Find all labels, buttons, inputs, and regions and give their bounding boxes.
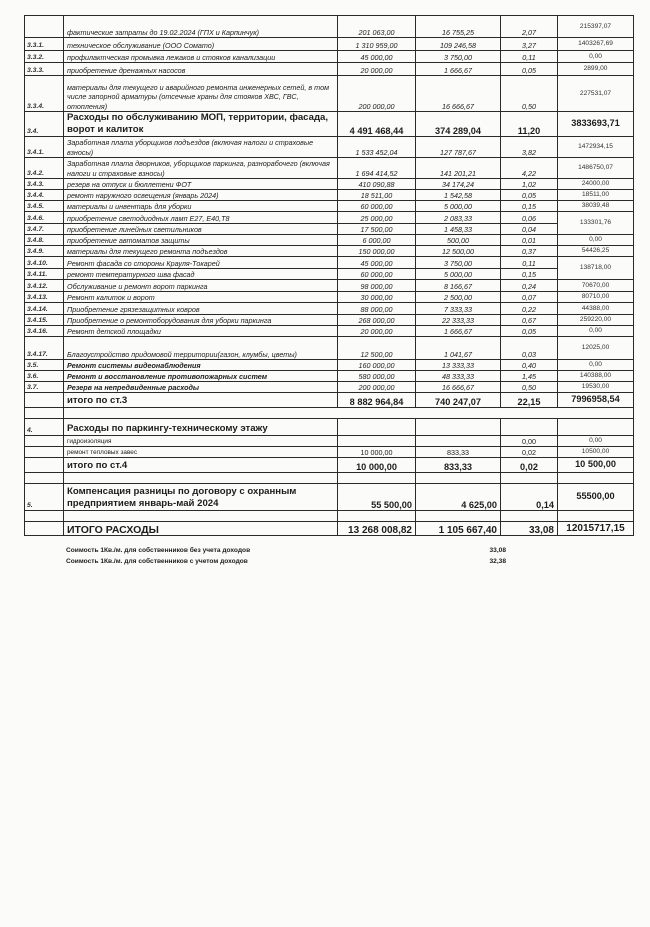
cell-fact (558, 419, 634, 436)
cell-code: 5. (25, 484, 64, 511)
note-label: Соимость 1Кв./м. для собственников без у… (66, 545, 250, 556)
table-row: 3.4.12.Обслуживание и ремонт ворот парки… (25, 280, 634, 292)
note-label: Соимость 1Кв./м. для собственников с уче… (66, 556, 248, 567)
cell-name: Обслуживание и ремонт ворот паркинга (64, 280, 338, 292)
expense-sheet: фактические затраты до 19.02.2024 (ГПХ и… (24, 15, 633, 536)
cell-monthly: 109 246,58 (416, 38, 501, 51)
table-row: 3.7.Резерв на непредвиденные расходы200 … (25, 382, 634, 393)
cell-per-sqm (501, 511, 558, 522)
cell-name: Ремонт системы видеонаблюдения (64, 360, 338, 371)
table-row: 3.4.14.Приобретение грязезащитных ковров… (25, 303, 634, 315)
cell-code: 3.4.3. (25, 179, 64, 190)
cell-fact: 140388,00 (558, 371, 634, 382)
cell-name: приобретение дренажных насосов (64, 63, 338, 76)
cell-annual-total: 60 000,00 (338, 269, 416, 280)
table-row: итого по ст.38 882 964,84740 247,0722,15… (25, 393, 634, 408)
cell-name: итого по ст.3 (64, 393, 338, 408)
cell-fact: 55500,00 (558, 484, 634, 511)
cell-name: материалы для текущего и аварийного ремо… (64, 76, 338, 112)
cell-monthly: 12 500,00 (416, 246, 501, 257)
cell-name: приобретение светодиодных ламп Е27, Е40,… (64, 212, 338, 224)
cell-code: 3.4.4. (25, 190, 64, 201)
cell-monthly (416, 511, 501, 522)
cell-code (25, 447, 64, 458)
table-row: 3.4.17.Благоустройство придомовой террит… (25, 337, 634, 360)
cell-name: Ремонт фасада со стороны Крауля-Токарей (64, 257, 338, 269)
cell-fact: 7996958,54 (558, 393, 634, 408)
table-row: 3.4.10.Ремонт фасада со стороны Крауля-Т… (25, 257, 634, 269)
cell-fact: 215397,07 (558, 16, 634, 38)
cell-code: 3.4.15. (25, 315, 64, 326)
cell-code: 3.4.11. (25, 269, 64, 280)
table-row: 4.Расходы по паркингу-техническому этажу (25, 419, 634, 436)
cell-monthly: 127 787,67 (416, 137, 501, 158)
cell-monthly: 3 750,00 (416, 257, 501, 269)
cell-fact: 138718,00 (558, 257, 634, 280)
cell-fact: 70670,00 (558, 280, 634, 292)
cell-name: ИТОГО РАСХОДЫ (64, 522, 338, 536)
cell-monthly: 500,00 (416, 235, 501, 246)
cost-per-sqm-notes: Соимость 1Кв./м. для собственников без у… (66, 545, 506, 567)
cell-code (25, 16, 64, 38)
cell-annual-total: 580 000,00 (338, 371, 416, 382)
table-row: 3.4.16.Ремонт детской площадки20 000,001… (25, 326, 634, 337)
cell-name: Расходы по паркингу-техническому этажу (64, 419, 338, 436)
table-row: 3.3.1.техническое обслуживание (ООО Сома… (25, 38, 634, 51)
table-row (25, 473, 634, 484)
table-row: 3.4.15.Приобретение о ремонтоборудования… (25, 315, 634, 326)
cell-fact: 0,00 (558, 326, 634, 337)
cell-name (64, 473, 338, 484)
cell-code: 3.3.1. (25, 38, 64, 51)
cell-name: Ремонт калиток и ворот (64, 292, 338, 303)
cell-fact: 2899,00 (558, 63, 634, 76)
cell-monthly: 22 333,33 (416, 315, 501, 326)
cell-code: 3.4.17. (25, 337, 64, 360)
cell-per-sqm: 0,01 (501, 235, 558, 246)
cell-per-sqm: 1,02 (501, 179, 558, 190)
cell-code: 3.4.2. (25, 158, 64, 179)
cell-code: 3.4.5. (25, 201, 64, 212)
cell-monthly: 2 500,00 (416, 292, 501, 303)
cell-fact: 1486750,07 (558, 158, 634, 179)
cell-per-sqm: 0,14 (501, 484, 558, 511)
cell-fact: 1403267,69 (558, 38, 634, 51)
cell-monthly: 2 083,33 (416, 212, 501, 224)
cell-monthly: 141 201,21 (416, 158, 501, 179)
cell-name: приобретение линейных светильников (64, 224, 338, 235)
cell-annual-total: 150 000,00 (338, 246, 416, 257)
cell-annual-total: 1 310 959,00 (338, 38, 416, 51)
cell-code: 3.4. (25, 112, 64, 137)
table-row: 3.3.3.приобретение дренажных насосов20 0… (25, 63, 634, 76)
cell-fact: 44388,00 (558, 303, 634, 315)
cell-code: 3.4.13. (25, 292, 64, 303)
cell-fact (558, 473, 634, 484)
cell-code (25, 436, 64, 447)
cell-code: 3.4.1. (25, 137, 64, 158)
cell-monthly (416, 473, 501, 484)
table-row: 3.4.11.ремонт температурного шва фасад60… (25, 269, 634, 280)
cell-per-sqm: 0,05 (501, 63, 558, 76)
note-without-income: Соимость 1Кв./м. для собственников без у… (66, 545, 506, 556)
cell-monthly: 34 174,24 (416, 179, 501, 190)
table-row (25, 511, 634, 522)
cell-fact: 19530,00 (558, 382, 634, 393)
cell-code: 3.4.6. (25, 212, 64, 224)
table-row: 3.4.1.Заработная плата уборщиков подъезд… (25, 137, 634, 158)
expense-table: фактические затраты до 19.02.2024 (ГПХ и… (24, 15, 634, 536)
cell-fact: 227531,07 (558, 76, 634, 112)
cell-per-sqm: 0,15 (501, 269, 558, 280)
cell-name: Резерв на непредвиденные расходы (64, 382, 338, 393)
cell-code: 3.7. (25, 382, 64, 393)
cell-monthly: 5 000,00 (416, 269, 501, 280)
cell-per-sqm: 4,22 (501, 158, 558, 179)
cell-per-sqm (501, 473, 558, 484)
cell-fact: 12015717,15 (558, 522, 634, 536)
cell-fact: 10 500,00 (558, 458, 634, 473)
cell-code: 3.4.8. (25, 235, 64, 246)
table-row: фактические затраты до 19.02.2024 (ГПХ и… (25, 16, 634, 38)
cell-code: 3.4.16. (25, 326, 64, 337)
cell-annual-total: 8 882 964,84 (338, 393, 416, 408)
cell-name: резерв на отпуск и бюллетени ФОТ (64, 179, 338, 190)
cell-annual-total: 160 000,00 (338, 360, 416, 371)
cell-blank (64, 408, 634, 419)
cell-annual-total: 45 000,00 (338, 257, 416, 269)
cell-code (25, 393, 64, 408)
cell-monthly: 3 750,00 (416, 51, 501, 63)
cell-per-sqm: 0,02 (501, 458, 558, 473)
cell-per-sqm: 11,20 (501, 112, 558, 137)
cell-fact: 0,00 (558, 51, 634, 63)
cell-annual-total: 25 000,00 (338, 212, 416, 224)
cell-monthly: 5 000,00 (416, 201, 501, 212)
cell-monthly (416, 436, 501, 447)
table-row: 5.Компенсация разницы по договору с охра… (25, 484, 634, 511)
table-row: 3.4.Расходы по обслуживанию МОП, террито… (25, 112, 634, 137)
cell-annual-total: 98 000,00 (338, 280, 416, 292)
table-row: 3.4.3.резерв на отпуск и бюллетени ФОТ41… (25, 179, 634, 190)
cell-monthly: 4 625,00 (416, 484, 501, 511)
cell-per-sqm: 0,37 (501, 246, 558, 257)
cell-code: 3.3.2. (25, 51, 64, 63)
table-row: 3.5.Ремонт системы видеонаблюдения160 00… (25, 360, 634, 371)
cell-code: 3.5. (25, 360, 64, 371)
cell-code (25, 473, 64, 484)
note-value: 33,08 (476, 545, 506, 556)
cell-per-sqm: 0,50 (501, 382, 558, 393)
cell-monthly: 1 105 667,40 (416, 522, 501, 536)
cell-fact: 10500,00 (558, 447, 634, 458)
cell-annual-total: 10 000,00 (338, 458, 416, 473)
cell-annual-total: 200 000,00 (338, 76, 416, 112)
cell-code: 3.4.14. (25, 303, 64, 315)
cell-fact: 12025,00 (558, 337, 634, 360)
table-row: 3.4.6.приобретение светодиодных ламп Е27… (25, 212, 634, 224)
cell-name: Приобретение о ремонтоборудования для уб… (64, 315, 338, 326)
cell-name: гидроизоляция (64, 436, 338, 447)
cell-fact: 259220,00 (558, 315, 634, 326)
cell-annual-total: 45 000,00 (338, 51, 416, 63)
cell-code: 3.6. (25, 371, 64, 382)
cell-code (25, 522, 64, 536)
cell-code: 3.4.10. (25, 257, 64, 269)
table-row: 3.6.Ремонт и восстановление противопожар… (25, 371, 634, 382)
note-with-income: Соимость 1Кв./м. для собственников с уче… (66, 556, 506, 567)
cell-code: 3.4.9. (25, 246, 64, 257)
cell-annual-total: 410 090,88 (338, 179, 416, 190)
cell-name: фактические затраты до 19.02.2024 (ГПХ и… (64, 16, 338, 38)
table-row: ИТОГО РАСХОДЫ13 268 008,821 105 667,4033… (25, 522, 634, 536)
cell-per-sqm: 1,45 (501, 371, 558, 382)
cell-name: Заработная плата дворников, уборщиков па… (64, 158, 338, 179)
cell-code: 3.4.7. (25, 224, 64, 235)
cell-per-sqm: 0,11 (501, 257, 558, 269)
cell-fact: 133301,76 (558, 212, 634, 235)
cell-name: Расходы по обслуживанию МОП, территории,… (64, 112, 338, 137)
cell-name: Благоустройство придомовой территории(га… (64, 337, 338, 360)
cell-monthly: 1 666,67 (416, 63, 501, 76)
cell-annual-total (338, 511, 416, 522)
cell-name: Ремонт и восстановление противопожарных … (64, 371, 338, 382)
cell-fact: 0,00 (558, 360, 634, 371)
table-row: 3.4.8.приобретение автоматов защиты6 000… (25, 235, 634, 246)
cell-per-sqm: 0,07 (501, 292, 558, 303)
cell-annual-total: 20 000,00 (338, 326, 416, 337)
table-row: 3.4.9.материалы для текущего ремонта под… (25, 246, 634, 257)
cell-per-sqm: 0,11 (501, 51, 558, 63)
cell-fact: 24000,00 (558, 179, 634, 190)
cell-fact: 1472934,15 (558, 137, 634, 158)
table-row: ремонт тепловых завес10 000,00833,330,02… (25, 447, 634, 458)
cell-monthly (416, 419, 501, 436)
cell-name: ремонт температурного шва фасад (64, 269, 338, 280)
cell-monthly: 16 666,67 (416, 382, 501, 393)
table-row (25, 408, 634, 419)
cell-fact: 0,00 (558, 235, 634, 246)
cell-monthly: 1 542,58 (416, 190, 501, 201)
cell-monthly: 7 333,33 (416, 303, 501, 315)
cell-annual-total: 17 500,00 (338, 224, 416, 235)
cell-per-sqm: 3,27 (501, 38, 558, 51)
cell-fact: 38039,48 (558, 201, 634, 212)
cell-annual-total: 55 500,00 (338, 484, 416, 511)
cell-annual-total: 200 000,00 (338, 382, 416, 393)
cell-code: 3.3.4. (25, 76, 64, 112)
cell-code: 3.4.12. (25, 280, 64, 292)
cell-annual-total: 1 533 452,04 (338, 137, 416, 158)
cell-monthly: 833,33 (416, 458, 501, 473)
cell-per-sqm: 0,22 (501, 303, 558, 315)
cell-per-sqm: 0,15 (501, 201, 558, 212)
cell-annual-total: 6 000,00 (338, 235, 416, 246)
cell-per-sqm: 0,00 (501, 436, 558, 447)
table-row: 3.4.5.материалы и инвентарь для уборки60… (25, 201, 634, 212)
cell-name (64, 511, 338, 522)
cell-annual-total: 10 000,00 (338, 447, 416, 458)
cell-annual-total: 60 000,00 (338, 201, 416, 212)
cell-monthly: 1 041,67 (416, 337, 501, 360)
cell-name: материалы и инвентарь для уборки (64, 201, 338, 212)
cell-code (25, 458, 64, 473)
cell-fact: 3833693,71 (558, 112, 634, 137)
cell-name: Ремонт детской площадки (64, 326, 338, 337)
cell-annual-total: 1 694 414,52 (338, 158, 416, 179)
cell-annual-total: 13 268 008,82 (338, 522, 416, 536)
cell-name: профилактческая промывка лежаков и стояк… (64, 51, 338, 63)
cell-per-sqm: 0,06 (501, 212, 558, 224)
cell-code: 4. (25, 419, 64, 436)
cell-monthly: 1 666,67 (416, 326, 501, 337)
cell-annual-total: 12 500,00 (338, 337, 416, 360)
cell-name: Приобретение грязезащитных ковров (64, 303, 338, 315)
table-row: 3.4.4.ремонт наружного освещения (январь… (25, 190, 634, 201)
cell-annual-total: 20 000,00 (338, 63, 416, 76)
cell-per-sqm: 0,50 (501, 76, 558, 112)
cell-name: приобретение автоматов защиты (64, 235, 338, 246)
cell-name: итого по ст.4 (64, 458, 338, 473)
cell-per-sqm: 0,02 (501, 447, 558, 458)
cell-fact: 80710,00 (558, 292, 634, 303)
cell-monthly: 16 755,25 (416, 16, 501, 38)
cell-code: 3.3.3. (25, 63, 64, 76)
cell-annual-total (338, 419, 416, 436)
table-row: 3.3.4.материалы для текущего и аварийног… (25, 76, 634, 112)
table-row: 3.3.2.профилактческая промывка лежаков и… (25, 51, 634, 63)
note-value: 32,38 (476, 556, 506, 567)
cell-per-sqm: 0,40 (501, 360, 558, 371)
cell-per-sqm: 2,07 (501, 16, 558, 38)
table-row: гидроизоляция0,000,00 (25, 436, 634, 447)
cell-annual-total (338, 473, 416, 484)
cell-fact: 0,00 (558, 436, 634, 447)
cell-monthly: 8 166,67 (416, 280, 501, 292)
cell-per-sqm (501, 419, 558, 436)
cell-monthly: 740 247,07 (416, 393, 501, 408)
cell-annual-total: 88 000,00 (338, 303, 416, 315)
cell-per-sqm: 0,03 (501, 337, 558, 360)
cell-name: Компенсация разницы по договору с охранн… (64, 484, 338, 511)
cell-per-sqm: 3,82 (501, 137, 558, 158)
cell-monthly: 1 458,33 (416, 224, 501, 235)
cell-fact: 18511,00 (558, 190, 634, 201)
cell-annual-total: 201 063,00 (338, 16, 416, 38)
table-row: итого по ст.410 000,00833,330,0210 500,0… (25, 458, 634, 473)
cell-annual-total: 4 491 468,44 (338, 112, 416, 137)
table-row: 3.4.7.приобретение линейных светильников… (25, 224, 634, 235)
cell-monthly: 48 333,33 (416, 371, 501, 382)
table-row: 3.4.2.Заработная плата дворников, уборщи… (25, 158, 634, 179)
cell-per-sqm: 22,15 (501, 393, 558, 408)
cell-code (25, 511, 64, 522)
cell-monthly: 13 333,33 (416, 360, 501, 371)
cell-name: материалы для текущего ремонта подъездов (64, 246, 338, 257)
cell-per-sqm: 33,08 (501, 522, 558, 536)
cell-annual-total (338, 436, 416, 447)
cell-monthly: 833,33 (416, 447, 501, 458)
cell-annual-total: 30 000,00 (338, 292, 416, 303)
cell-per-sqm: 0,05 (501, 326, 558, 337)
cell-name: ремонт наружного освещения (январь 2024) (64, 190, 338, 201)
cell-per-sqm: 0,67 (501, 315, 558, 326)
cell-fact: 54426,25 (558, 246, 634, 257)
cell-per-sqm: 0,05 (501, 190, 558, 201)
cell-monthly: 374 289,04 (416, 112, 501, 137)
cell-fact (558, 511, 634, 522)
cell-annual-total: 18 511,00 (338, 190, 416, 201)
table-row: 3.4.13.Ремонт калиток и ворот30 000,002 … (25, 292, 634, 303)
cell-monthly: 16 666,67 (416, 76, 501, 112)
cell-per-sqm: 0,04 (501, 224, 558, 235)
cell-code (25, 408, 64, 419)
cell-per-sqm: 0,24 (501, 280, 558, 292)
cell-annual-total: 268 000,00 (338, 315, 416, 326)
cell-name: ремонт тепловых завес (64, 447, 338, 458)
cell-name: техническое обслуживание (ООО Сомато) (64, 38, 338, 51)
cell-name: Заработная плата уборщиков подъездов (вк… (64, 137, 338, 158)
